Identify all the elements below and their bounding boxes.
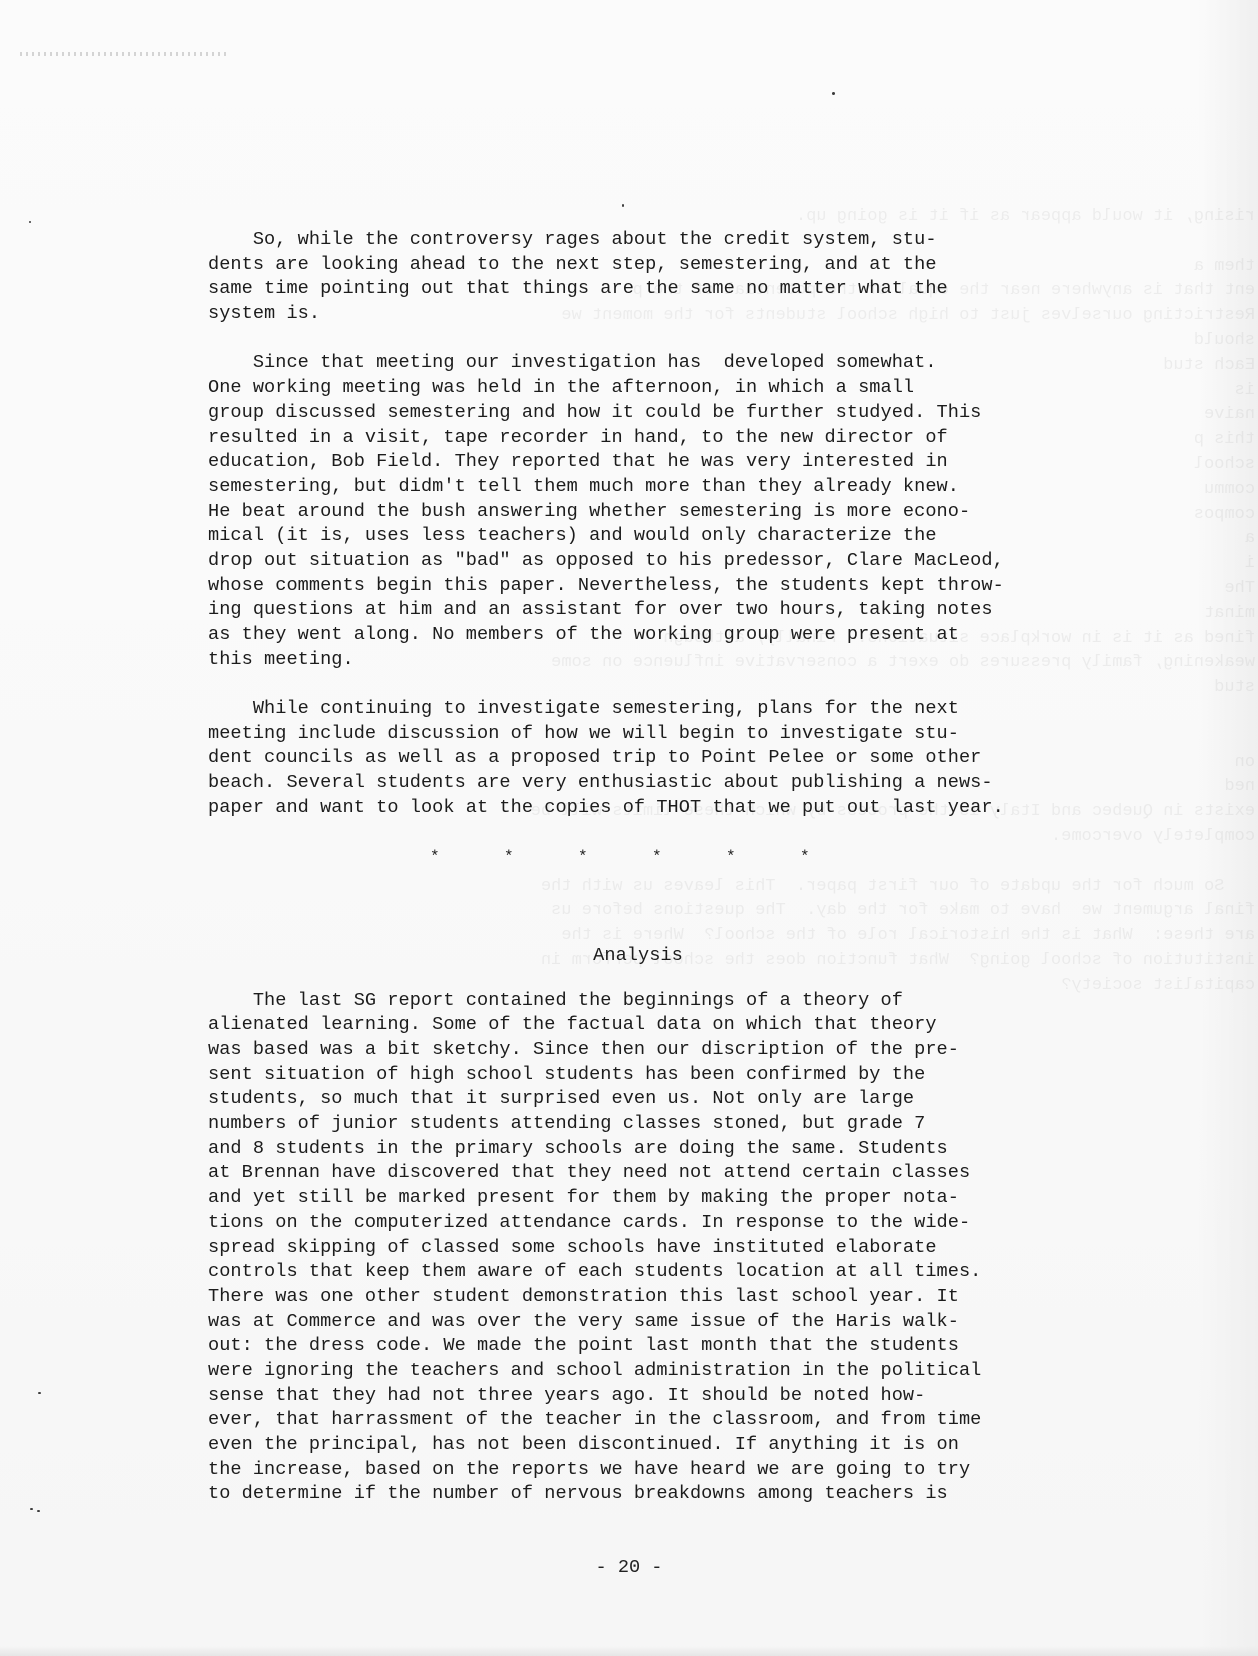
text-line: group discussed semestering and how it c… [208,401,1088,426]
text-line: system is. [208,302,1088,327]
text-line: ever, that harrassment of the teacher in… [208,1408,1088,1433]
text-line: So, while the controversy rages about th… [208,228,1088,253]
scan-noise [20,52,230,56]
scan-speck [622,204,624,207]
text-line: sent situation of high school students h… [208,1063,1088,1088]
text-line: spread skipping of classed some schools … [208,1236,1088,1261]
section-heading-analysis: Analysis [208,944,1068,969]
text-line: and yet still be marked present for them… [208,1186,1088,1211]
text-line: controls that keep them aware of each st… [208,1260,1088,1285]
scan-shading [1198,0,1258,1656]
text-line: sense that they had not three years ago.… [208,1384,1088,1409]
page-bottom-edge [0,1646,1258,1656]
text-line: The last SG report contained the beginni… [208,989,1088,1014]
text-line: the increase, based on the reports we ha… [208,1458,1088,1483]
text-line: ing questions at him and an assistant fo… [208,598,1088,623]
separator-star: * [504,845,514,870]
text-line: whose comments begin this paper. Neverth… [208,574,1088,599]
text-line: education, Bob Field. They reported that… [208,450,1088,475]
text-line: alienated learning. Some of the factual … [208,1013,1088,1038]
text-line: mical (it is, uses less teachers) and wo… [208,524,1088,549]
text-line: meeting include discussion of how we wil… [208,722,1088,747]
section-separator-stars: ****** [208,845,1088,870]
text-line: semestering, but didm't tell them much m… [208,475,1088,500]
text-line: beach. Several students are very enthusi… [208,771,1088,796]
text-line: tions on the computerized attendance car… [208,1211,1088,1236]
text-line: paper and want to look at the copies of … [208,796,1088,821]
scan-speck [29,221,31,223]
text-line: this meeting. [208,648,1088,673]
scan-speck [37,1510,40,1512]
paragraph-investigation-meeting: Since that meeting our investigation has… [208,351,1088,672]
separator-star: * [430,845,440,870]
text-line: students, so much that it surprised even… [208,1087,1088,1112]
text-line: He beat around the bush answering whethe… [208,500,1088,525]
text-line: was at Commerce and was over the very sa… [208,1310,1088,1335]
text-line: numbers of junior students attending cla… [208,1112,1088,1137]
scan-speck [832,92,835,95]
text-line: There was one other student demonstratio… [208,1285,1088,1310]
text-line: was based was a bit sketchy. Since then … [208,1038,1088,1063]
text-line: at Brennan have discovered that they nee… [208,1161,1088,1186]
text-line: and 8 students in the primary schools ar… [208,1137,1088,1162]
paragraph-analysis: The last SG report contained the beginni… [208,989,1088,1507]
scan-speck [38,1392,41,1394]
text-line: drop out situation as "bad" as opposed t… [208,549,1088,574]
paragraph-next-meeting-plans: While continuing to investigate semester… [208,697,1088,820]
text-line: even the principal, has not been discont… [208,1433,1088,1458]
separator-star: * [578,845,588,870]
text-line: to determine if the number of nervous br… [208,1482,1088,1507]
page-number: - 20 - [0,1557,1258,1578]
text-line: resulted in a visit, tape recorder in ha… [208,426,1088,451]
separator-star: * [726,845,736,870]
text-line: out: the dress code. We made the point l… [208,1334,1088,1359]
text-line: same time pointing out that things are t… [208,277,1088,302]
text-line: as they went along. No members of the wo… [208,623,1088,648]
text-line: Since that meeting our investigation has… [208,351,1088,376]
scan-speck [30,1508,33,1510]
separator-star: * [800,845,810,870]
text-line: While continuing to investigate semester… [208,697,1088,722]
text-line: were ignoring the teachers and school ad… [208,1359,1088,1384]
text-line: dent councils as well as a proposed trip… [208,746,1088,771]
paragraph-credit-system: So, while the controversy rages about th… [208,228,1088,327]
typewritten-page-body: So, while the controversy rages about th… [208,228,1088,1507]
text-line: dents are looking ahead to the next step… [208,253,1088,278]
text-line: One working meeting was held in the afte… [208,376,1088,401]
separator-star: * [652,845,662,870]
